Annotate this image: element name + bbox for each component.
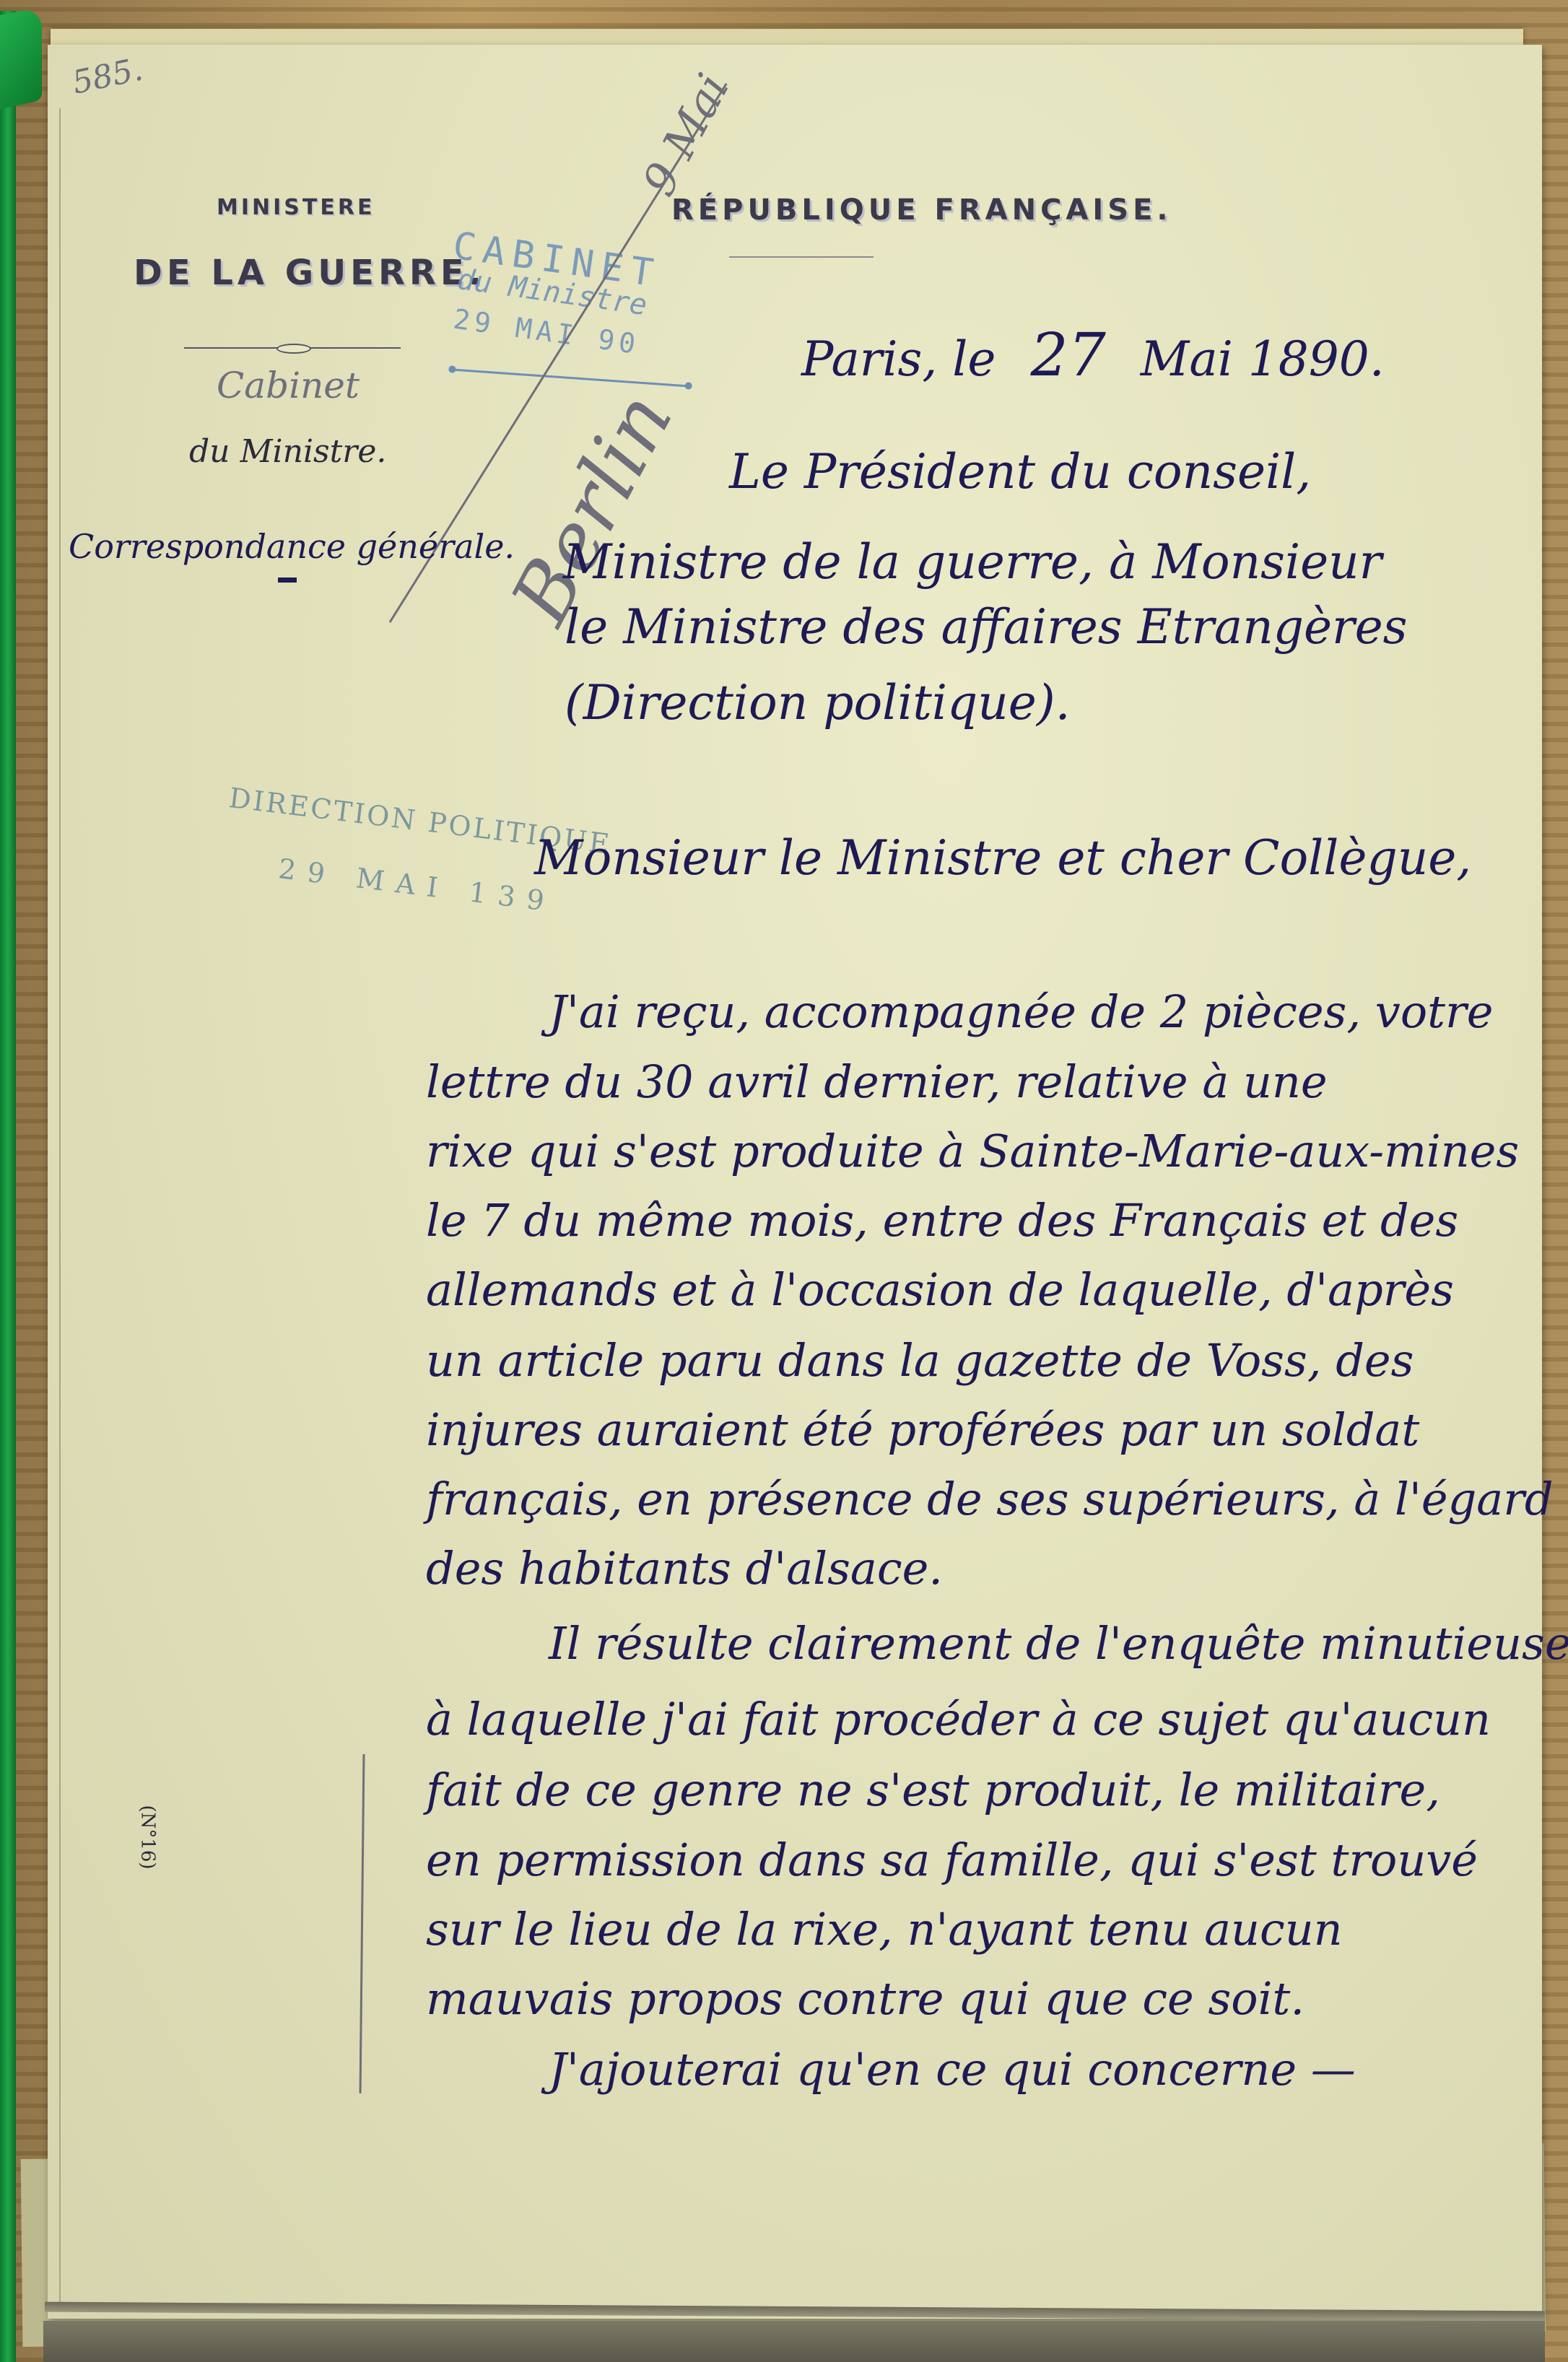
dateline-place: Paris, le: [801, 331, 996, 387]
body-line: le 7 du même mois, entre des Français et…: [426, 1194, 1458, 1247]
letterhead-republique-francaise: RÉPUBLIQUE FRANÇAISE.: [671, 193, 1172, 227]
letterhead-cabinet: Cabinet: [217, 365, 360, 406]
green-ribbon: [0, 11, 16, 2362]
body-line: fait de ce genre ne s'est produit, le mi…: [426, 1764, 1440, 1816]
letterhead-ministere: MINISTERE: [217, 195, 375, 220]
green-ribbon-knot: [0, 6, 42, 109]
address-line-2: Ministre de la guerre, à Monsieur: [563, 534, 1382, 590]
address-line-4: (Direction politique).: [565, 675, 1071, 731]
margin-note-number: (N°16): [137, 1805, 159, 1869]
body-line: rixe qui s'est produite à Sainte-Marie-a…: [426, 1125, 1519, 1177]
ornamental-rule: [184, 347, 401, 349]
page-left-edge: [59, 108, 61, 2310]
body-line: un article paru dans la gazette de Voss,…: [426, 1334, 1414, 1387]
dateline-day: 27: [1030, 321, 1105, 390]
dateline-month-year: Mai 1890.: [1141, 331, 1385, 387]
body-line: des habitants d'alsace.: [426, 1542, 943, 1595]
department-label: Correspondance générale.: [69, 527, 515, 566]
body-line: mauvais propos contre qui que ce soit.: [426, 1972, 1305, 2025]
address-line-3: le Ministre des affaires Etrangères: [565, 599, 1408, 655]
body-line: injures auraient été proférées par un so…: [426, 1403, 1419, 1456]
body-line: sur le lieu de la rixe, n'ayant tenu auc…: [426, 1903, 1343, 1956]
body-line: à laquelle j'ai fait procéder à ce sujet…: [426, 1693, 1491, 1746]
department-underline-mark: [278, 578, 297, 583]
body-line: J'ai reçu, accompagnée de 2 pièces, votr…: [549, 985, 1493, 1038]
salutation: Monsieur le Ministre et cher Collègue,: [534, 830, 1471, 886]
body-line: Il résulte clairement de l'enquête minut…: [549, 1617, 1568, 1670]
republique-rule: [729, 256, 874, 258]
body-line: français, en présence de ses supérieurs,…: [426, 1473, 1554, 1525]
address-line-1: Le Président du conseil,: [729, 444, 1311, 500]
body-line: J'ajouterai qu'en ce qui concerne —: [549, 2043, 1356, 2096]
letterhead-de-la-guerre: DE LA GUERRE.: [134, 253, 486, 293]
body-line: en permission dans sa famille, qui s'est…: [426, 1834, 1478, 1886]
body-line: allemands et à l'occasion de laquelle, d…: [426, 1263, 1454, 1316]
dateline: Paris, le27Mai 1890.: [801, 321, 1385, 390]
letterhead-du-ministre: du Ministre.: [189, 433, 386, 470]
body-line: lettre du 30 avril dernier, relative à u…: [426, 1055, 1328, 1108]
page-bottom-shadow: [43, 2321, 1545, 2362]
